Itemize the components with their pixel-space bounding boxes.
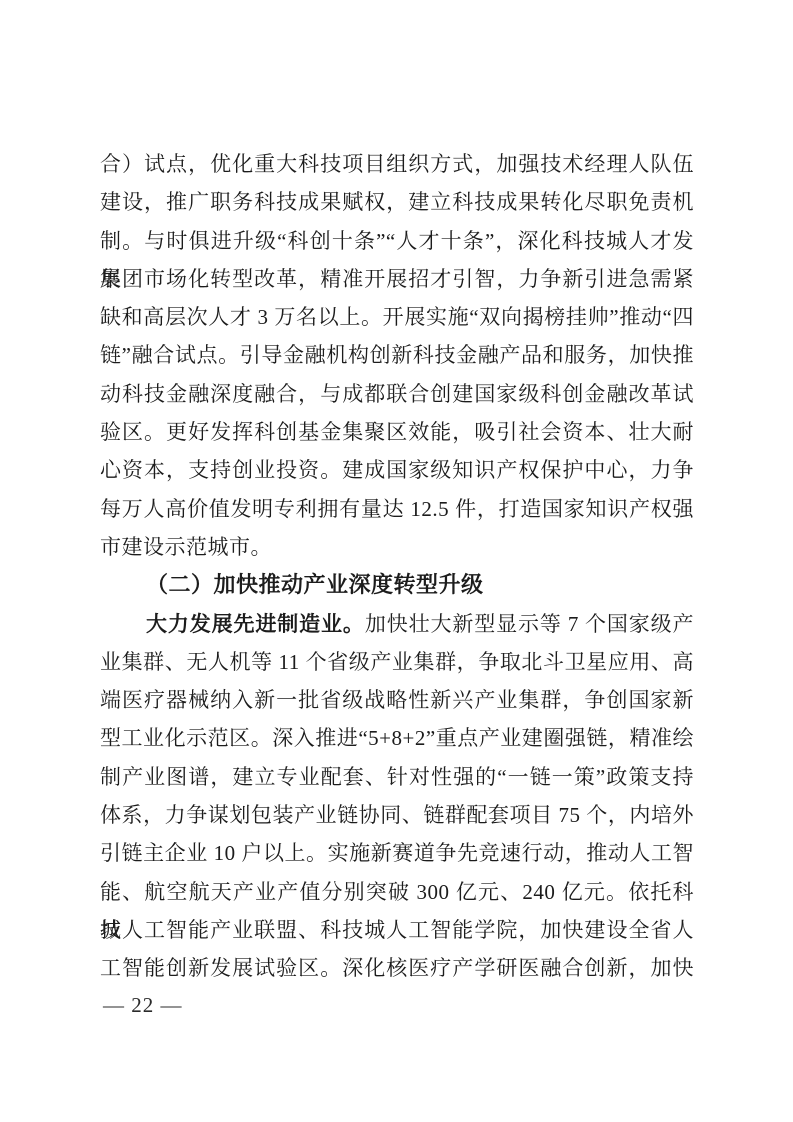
- text-run: 端医疗器械纳入新一批省级战略性新兴产业集群，争创国家新: [100, 688, 694, 712]
- paragraph-1-line-7: 动科技金融深度融合，与成都联合创建国家级科创金融改革试: [100, 375, 694, 413]
- paragraph-1-line-6: 链”融合试点。引导金融机构创新科技金融产品和服务，加快推: [100, 336, 694, 374]
- paragraph-2-line-4: 型工业化示范区。深入推进“5+8+2”重点产业建圈强链，精准绘: [100, 719, 694, 757]
- text-run: 制产业图谱，建立专业配套、针对性强的“一链一策”政策支持: [100, 765, 694, 789]
- paragraph-1-line-1: 合）试点，优化重大科技项目组织方式，加强技术经理人队伍: [100, 145, 694, 183]
- paragraph-2-line-9: 城人工智能产业联盟、科技城人工智能学院，加快建设全省人: [100, 911, 694, 949]
- paragraph-2-line-8: 能、航空航天产业产值分别突破 300 亿元、240 亿元。依托科技: [100, 873, 694, 911]
- text-run: 缺和高层次人才 3 万名以上。开展实施“双向揭榜挂帅”推动“四: [100, 305, 694, 329]
- paragraph-1-line-11: 市建设示范城市。: [100, 528, 694, 566]
- paragraph-1-line-2: 建设，推广职务科技成果赋权，建立科技成果转化尽职免责机: [100, 183, 694, 221]
- paragraph-2-line-1: 大力发展先进制造业。加快壮大新型显示等 7 个国家级产: [100, 605, 694, 643]
- text-run: 集团市场化转型改革，精准开展招才引智，力争新引进急需紧: [100, 267, 694, 291]
- document-page: 合）试点，优化重大科技项目组织方式，加强技术经理人队伍建设，推广职务科技成果赋权…: [0, 0, 793, 1122]
- paragraph-1-line-3: 制。与时俱进升级“科创十条”“人才十条”，深化科技城人才发展: [100, 222, 694, 260]
- section-heading-2: （二）加快推动产业深度转型升级: [100, 566, 694, 604]
- text-run: 市建设示范城市。: [100, 535, 272, 559]
- text-run: 动科技金融深度融合，与成都联合创建国家级科创金融改革试: [100, 382, 694, 406]
- text-run: 每万人高价值发明专利拥有量达 12.5 件，打造国家知识产权强: [100, 497, 694, 521]
- text-run: 城人工智能产业联盟、科技城人工智能学院，加快建设全省人: [100, 918, 694, 942]
- text-run: 心资本，支持创业投资。建成国家级知识产权保护中心，力争: [100, 458, 694, 482]
- paragraph-1-line-9: 心资本，支持创业投资。建成国家级知识产权保护中心，力争: [100, 451, 694, 489]
- paragraph-2-line-5: 制产业图谱，建立专业配套、针对性强的“一链一策”政策支持: [100, 758, 694, 796]
- text-run: 验区。更好发挥科创基金集聚区效能，吸引社会资本、壮大耐: [100, 420, 694, 444]
- paragraph-1-line-10: 每万人高价值发明专利拥有量达 12.5 件，打造国家知识产权强: [100, 490, 694, 528]
- paragraph-1-line-5: 缺和高层次人才 3 万名以上。开展实施“双向揭榜挂帅”推动“四: [100, 298, 694, 336]
- paragraph-2-line-7: 引链主企业 10 户以上。实施新赛道争先竞速行动，推动人工智: [100, 834, 694, 872]
- text-run: 工智能创新发展试验区。深化核医疗产学研医融合创新，加快: [100, 956, 694, 980]
- text-run: 业集群、无人机等 11 个省级产业集群，争取北斗卫星应用、高: [100, 650, 694, 674]
- bold-text-run: 大力发展先进制造业。: [146, 612, 365, 636]
- paragraph-2-line-3: 端医疗器械纳入新一批省级战略性新兴产业集群，争创国家新: [100, 681, 694, 719]
- text-run: 链”融合试点。引导金融机构创新科技金融产品和服务，加快推: [100, 343, 694, 367]
- text-run: 加快壮大新型显示等 7 个国家级产: [365, 612, 694, 636]
- paragraph-2-line-2: 业集群、无人机等 11 个省级产业集群，争取北斗卫星应用、高: [100, 643, 694, 681]
- paragraph-1-line-4: 集团市场化转型改革，精准开展招才引智，力争新引进急需紧: [100, 260, 694, 298]
- text-run: 型工业化示范区。深入推进“5+8+2”重点产业建圈强链，精准绘: [100, 726, 694, 750]
- paragraph-2-line-6: 体系，力争谋划包装产业链协同、链群配套项目 75 个，内培外: [100, 796, 694, 834]
- text-run: 合）试点，优化重大科技项目组织方式，加强技术经理人队伍: [100, 152, 694, 176]
- document-text: 合）试点，优化重大科技项目组织方式，加强技术经理人队伍建设，推广职务科技成果赋权…: [100, 145, 694, 988]
- text-run: 体系，力争谋划包装产业链协同、链群配套项目 75 个，内培外: [100, 803, 694, 827]
- paragraph-1-line-8: 验区。更好发挥科创基金集聚区效能，吸引社会资本、壮大耐: [100, 413, 694, 451]
- text-run: 引链主企业 10 户以上。实施新赛道争先竞速行动，推动人工智: [100, 841, 694, 865]
- page-number: — 22 —: [103, 990, 183, 1020]
- text-run: 建设，推广职务科技成果赋权，建立科技成果转化尽职免责机: [100, 190, 694, 214]
- paragraph-2-line-10: 工智能创新发展试验区。深化核医疗产学研医融合创新，加快: [100, 949, 694, 987]
